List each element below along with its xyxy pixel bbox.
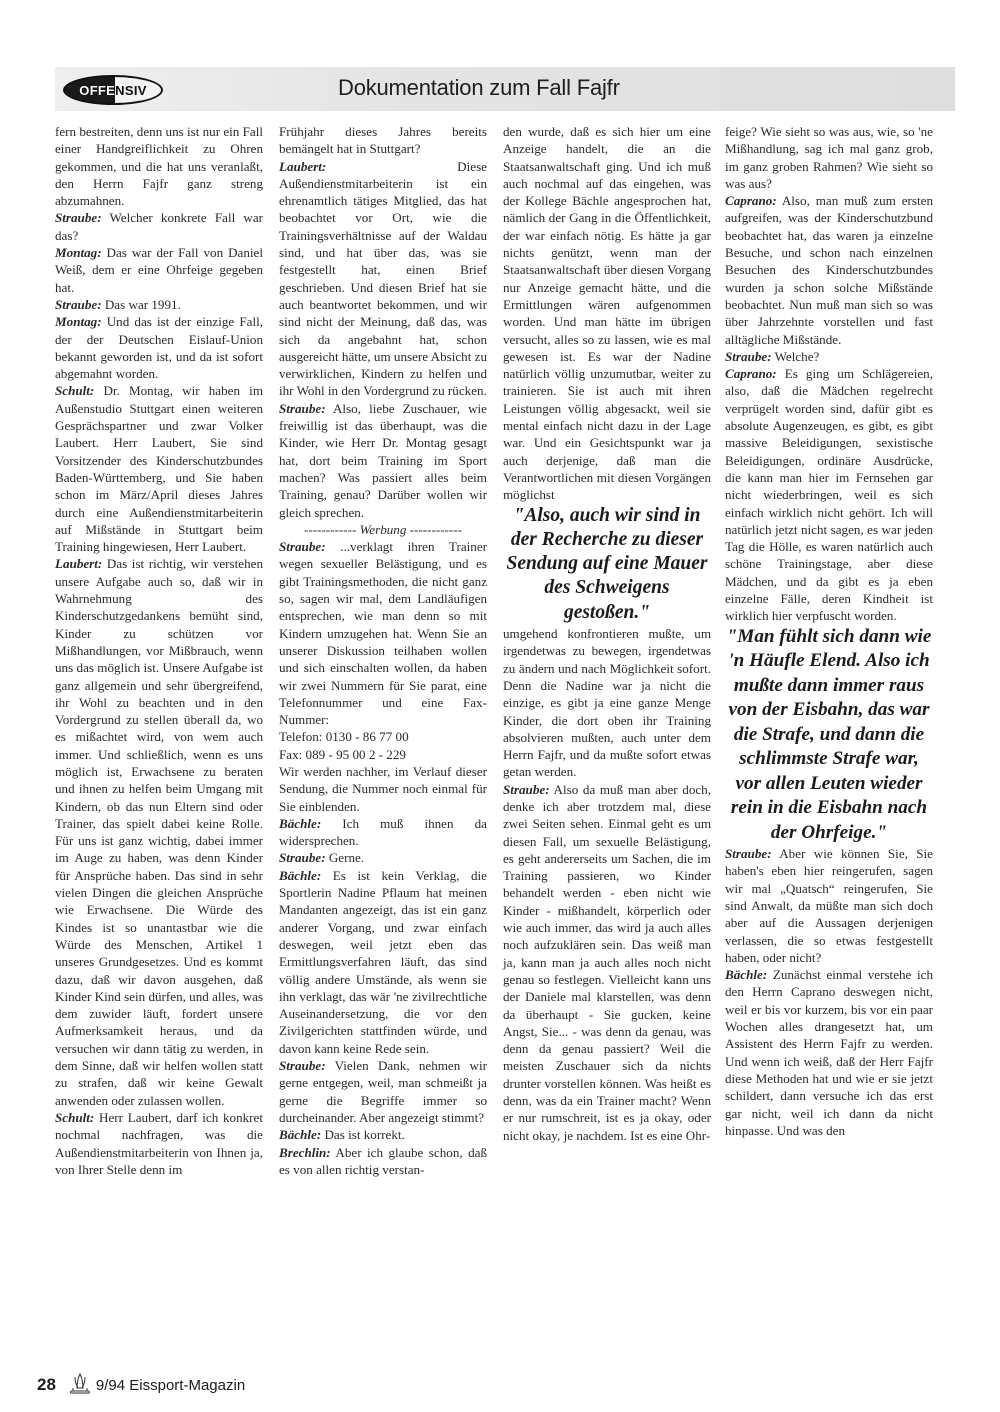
paragraph: Bächle: Zunächst einmal verstehe ich den…: [725, 966, 933, 1139]
page-number: 28: [37, 1375, 56, 1395]
paragraph: Straube: Gerne.: [279, 849, 487, 866]
paragraph: Montag: Das war der Fall von Daniel Weiß…: [55, 244, 263, 296]
paragraph: den wurde, daß es sich hier um eine Anze…: [503, 123, 711, 504]
paragraph: Laubert: Diese Außendienstmitarbeiterin …: [279, 158, 487, 400]
paragraph: Schult: Dr. Montag, wir haben im Außenst…: [55, 382, 263, 555]
paragraph: fern bestreiten, denn uns ist nur ein Fa…: [55, 123, 263, 209]
paragraph: Bächle: Ich muß ihnen da widersprechen.: [279, 815, 487, 850]
pull-quote: "Also, auch wir sind in der Recherche zu…: [503, 504, 711, 625]
paragraph: Laubert: Das ist richtig, wir verstehen …: [55, 555, 263, 1109]
paragraph: Straube: Aber wie können Sie, Sie haben'…: [725, 845, 933, 966]
paragraph: Bächle: Es ist kein Verklag, die Sportle…: [279, 867, 487, 1057]
paragraph: Bächle: Das ist korrekt.: [279, 1126, 487, 1143]
paragraph: Straube: Also da muß man aber doch, denk…: [503, 781, 711, 1144]
paragraph: Straube: Das war 1991.: [55, 296, 263, 313]
text-column-3: den wurde, daß es sich hier um eine Anze…: [503, 123, 711, 1144]
text-column-2: Frühjahr dieses Jahres bereits bemängelt…: [279, 123, 487, 1178]
skate-wing-icon: [68, 1372, 92, 1398]
paragraph: Brechlin: Aber ich glaube schon, daß es …: [279, 1144, 487, 1179]
paragraph: feige? Wie sieht so was aus, wie, so 'ne…: [725, 123, 933, 192]
page-title: Dokumentation zum Fall Fajfr: [338, 75, 620, 101]
paragraph: Caprano: Also, man muß zum ersten aufgre…: [725, 192, 933, 348]
paragraph: umgehend konfrontieren mußte, um irgende…: [503, 625, 711, 781]
paragraph: Montag: Und das ist der einzige Fall, de…: [55, 313, 263, 382]
paragraph: Straube: Welcher konkrete Fall war das?: [55, 209, 263, 244]
text-column-1: fern bestreiten, denn uns ist nur ein Fa…: [55, 123, 263, 1178]
fax-number: Fax: 089 - 95 00 2 - 229: [279, 746, 487, 763]
phone-number: Telefon: 0130 - 86 77 00: [279, 728, 487, 745]
paragraph: Straube: Welche?: [725, 348, 933, 365]
commercial-break-separator: ------------ Werbung ------------: [279, 521, 487, 538]
text-column-4: feige? Wie sieht so was aus, wie, so 'ne…: [725, 123, 933, 1139]
page-footer: 28 9/94 Eissport-Magazin: [37, 1372, 245, 1398]
paragraph: Caprano: Es ging um Schlägereien, also, …: [725, 365, 933, 624]
pull-quote: "Man fühlt sich dann wie 'n Häufle Elend…: [725, 625, 933, 846]
page-header: OFFENSIV Dokumentation zum Fall Fajfr: [55, 67, 955, 111]
paragraph: Straube: ...verklagt ihren Trainer wegen…: [279, 538, 487, 728]
paragraph: Frühjahr dieses Jahres bereits bemängelt…: [279, 123, 487, 158]
paragraph: Straube: Vielen Dank, nehmen wir gerne e…: [279, 1057, 487, 1126]
paragraph: Wir werden nachher, im Verlauf dieser Se…: [279, 763, 487, 815]
paragraph: Straube: Also, liebe Zuschauer, wie frei…: [279, 400, 487, 521]
logo-text: OFFENSIV: [79, 83, 146, 98]
paragraph: Schult: Herr Laubert, darf ich konkret n…: [55, 1109, 263, 1178]
issue-label: 9/94 Eissport-Magazin: [96, 1377, 245, 1394]
offensiv-logo: OFFENSIV: [63, 75, 163, 105]
